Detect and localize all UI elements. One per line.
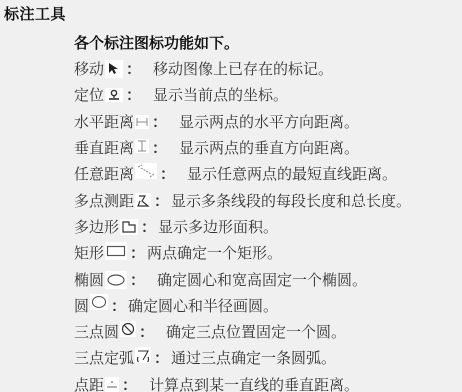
colon: ： bbox=[111, 293, 126, 319]
item-description: 显示任意两点的最短直线距离。 bbox=[187, 161, 397, 187]
three-point-circle-icon bbox=[120, 321, 136, 337]
item-name: 圆 bbox=[74, 293, 89, 319]
colon: ： bbox=[160, 161, 175, 187]
arrow-cursor-icon bbox=[105, 60, 123, 78]
point-line-distance-icon bbox=[105, 377, 119, 392]
colon: ： bbox=[126, 82, 141, 108]
list-item-horizontal-distance: 水平距离 ： 显示两点的水平方向距离。 bbox=[74, 109, 411, 135]
list-item-point-line-distance: 点距 ： 计算点到某一直线的垂直距离。 bbox=[74, 372, 411, 392]
multipoint-distance-icon bbox=[135, 193, 151, 209]
colon: ： bbox=[154, 188, 169, 214]
colon: ： bbox=[130, 267, 145, 293]
section-subtitle: 各个标注图标功能如下。 bbox=[74, 32, 239, 53]
colon: ： bbox=[122, 372, 137, 392]
item-description: 通过三点确定一条圆弧。 bbox=[171, 345, 336, 371]
location-pin-icon bbox=[105, 88, 123, 102]
list-item-multipoint-distance: 多点测距 ： 显示多条线段的每段长度和总长度。 bbox=[74, 187, 411, 213]
item-name: 椭圆 bbox=[74, 267, 104, 293]
item-description: 显示多条线段的每段长度和总长度。 bbox=[171, 188, 411, 214]
item-name: 任意距离 bbox=[74, 161, 134, 187]
item-name: 多边形 bbox=[74, 214, 119, 240]
item-name: 多点测距 bbox=[74, 188, 134, 214]
list-item-polygon: 多边形 ： 显示多边形面积。 bbox=[74, 214, 411, 240]
colon: ： bbox=[154, 345, 169, 371]
item-description: 确定圆心和宽高固定一个椭圆。 bbox=[157, 267, 367, 293]
item-name: 定位 bbox=[74, 82, 104, 108]
item-description: 确定三点位置固定一个圆。 bbox=[166, 319, 346, 345]
circle-icon bbox=[90, 294, 108, 310]
list-item-arbitrary-distance: 任意距离 ： 显示任意两点的最短直线距离。 bbox=[74, 161, 411, 187]
item-description: 确定圆心和半径画圆。 bbox=[128, 293, 278, 319]
item-name: 移动 bbox=[74, 56, 104, 82]
item-name: 矩形 bbox=[74, 240, 104, 266]
list-item-rectangle: 矩形 ： 两点确定一个矩形。 bbox=[74, 240, 411, 266]
colon: ： bbox=[130, 240, 145, 266]
list-item-vertical-distance: 垂直距离 ： 显示两点的垂直方向距离。 bbox=[74, 135, 411, 161]
item-description: 移动图像上已存在的标记。 bbox=[153, 56, 333, 82]
item-description: 显示两点的垂直方向距离。 bbox=[179, 135, 359, 161]
list-item-circle: 圆 ： 确定圆心和半径画圆。 bbox=[74, 293, 411, 319]
item-description: 显示多边形面积。 bbox=[158, 214, 278, 240]
page-title: 标注工具 bbox=[4, 3, 66, 24]
colon: ： bbox=[152, 135, 167, 161]
item-description: 两点确定一个矩形。 bbox=[147, 240, 282, 266]
item-description: 计算点到某一直线的垂直距离。 bbox=[149, 372, 359, 392]
arbitrary-distance-icon bbox=[135, 163, 157, 179]
list-item-three-point-arc: 三点定弧 ： 通过三点确定一条圆弧。 bbox=[74, 345, 411, 371]
item-name: 点距 bbox=[74, 372, 104, 392]
vertical-distance-icon bbox=[135, 139, 149, 153]
list-item-three-point-circle: 三点圆 ： 确定三点位置固定一个圆。 bbox=[74, 319, 411, 345]
three-point-arc-icon bbox=[135, 347, 151, 363]
polygon-icon bbox=[120, 219, 138, 235]
list-item-ellipse: 椭圆 ： 确定圆心和宽高固定一个椭圆。 bbox=[74, 266, 411, 292]
list-item-move: 移动 ： 移动图像上已存在的标记。 bbox=[74, 56, 411, 82]
colon: ： bbox=[126, 56, 141, 82]
rectangle-icon bbox=[105, 242, 127, 260]
colon: ： bbox=[141, 214, 156, 240]
colon: ： bbox=[152, 109, 167, 135]
item-name: 垂直距离 bbox=[74, 135, 134, 161]
annotation-tool-list: 移动 ： 移动图像上已存在的标记。 定位 ： 显示当前点的坐标。 水平距离 ： … bbox=[74, 56, 411, 392]
list-item-locate: 定位 ： 显示当前点的坐标。 bbox=[74, 82, 411, 108]
item-description: 显示两点的水平方向距离。 bbox=[179, 109, 359, 135]
item-name: 三点圆 bbox=[74, 319, 119, 345]
ellipse-icon bbox=[105, 271, 127, 289]
horizontal-distance-icon bbox=[135, 115, 149, 129]
item-description: 显示当前点的坐标。 bbox=[153, 82, 288, 108]
item-name: 三点定弧 bbox=[74, 345, 134, 371]
colon: ： bbox=[139, 319, 154, 345]
item-name: 水平距离 bbox=[74, 109, 134, 135]
